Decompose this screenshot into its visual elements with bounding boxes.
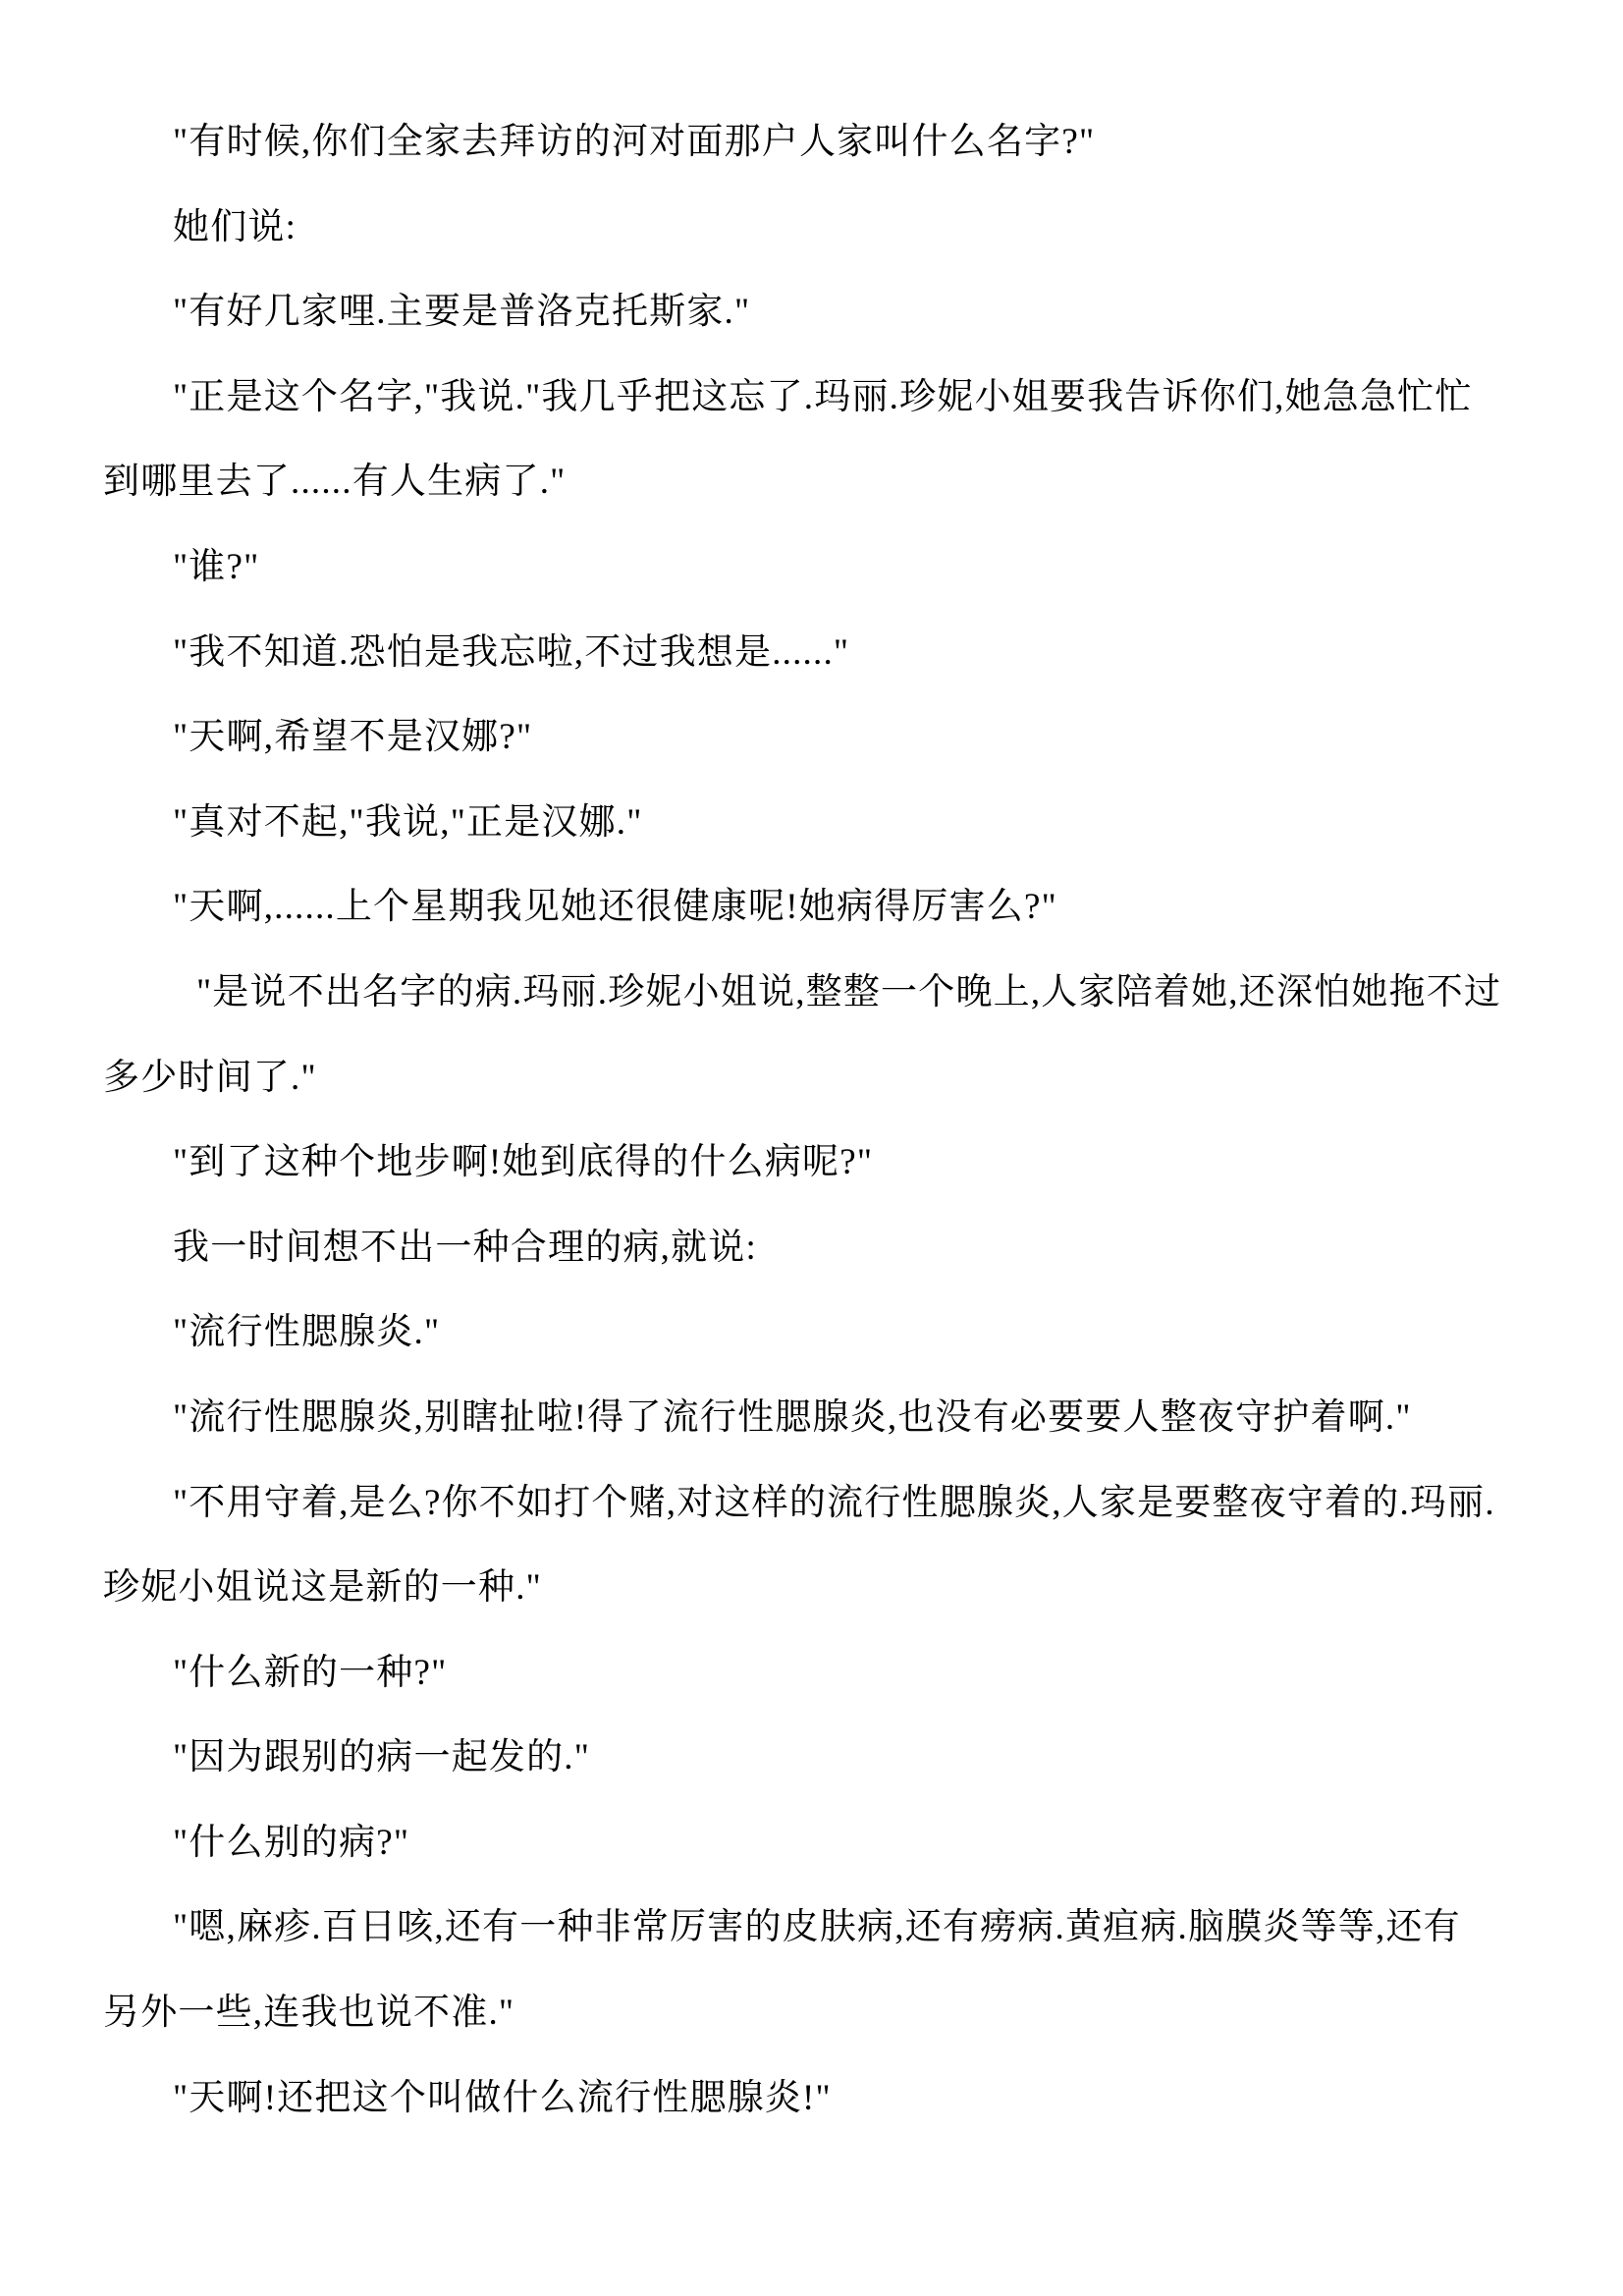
- document-page: "有时候,你们全家去拜访的河对面那户人家叫什么名字?" 她们说: "有好几家哩.…: [0, 0, 1623, 2296]
- text-line: "到了这种个地步啊!她到底得的什么病呢?": [103, 1121, 1521, 1206]
- text-line: 珍妮小姐说这是新的一种.": [103, 1546, 1521, 1631]
- text-line: "天啊!还把这个叫做什么流行性腮腺炎!": [103, 2056, 1521, 2142]
- text-line: 多少时间了.": [103, 1036, 1521, 1121]
- text-line: "因为跟别的病一起发的.": [103, 1716, 1521, 1801]
- text-line: "嗯,麻疹.百日咳,还有一种非常厉害的皮肤病,还有痨病.黄疸病.脑膜炎等等,还有: [103, 1886, 1521, 1971]
- text-line: "有时候,你们全家去拜访的河对面那户人家叫什么名字?": [103, 100, 1521, 186]
- text-line: "谁?": [103, 525, 1521, 611]
- text-line: "我不知道.恐怕是我忘啦,不过我想是......": [103, 611, 1521, 696]
- text-line: "有好几家哩.主要是普洛克托斯家.": [103, 270, 1521, 355]
- text-line: "流行性腮腺炎,别瞎扯啦!得了流行性腮腺炎,也没有必要要人整夜守护着啊.": [103, 1376, 1521, 1461]
- text-line: 我一时间想不出一种合理的病,就说:: [103, 1206, 1521, 1291]
- text-line: "什么别的病?": [103, 1801, 1521, 1886]
- text-line: "不用守着,是么?你不如打个赌,对这样的流行性腮腺炎,人家是要整夜守着的.玛丽.: [103, 1461, 1521, 1547]
- text-line: "什么新的一种?": [103, 1631, 1521, 1717]
- text-line: 她们说:: [103, 186, 1521, 271]
- text-line: 另外一些,连我也说不准.": [103, 1971, 1521, 2056]
- text-line: "是说不出名字的病.玛丽.珍妮小姐说,整整一个晚上,人家陪着她,还深怕她拖不过: [103, 951, 1521, 1036]
- text-line: "天啊,希望不是汉娜?": [103, 695, 1521, 781]
- text-line: "正是这个名字,"我说."我几乎把这忘了.玛丽.珍妮小姐要我告诉你们,她急急忙忙: [103, 355, 1521, 441]
- text-line: "流行性腮腺炎.": [103, 1290, 1521, 1376]
- text-line: "真对不起,"我说,"正是汉娜.": [103, 781, 1521, 866]
- text-line: "天啊,......上个星期我见她还很健康呢!她病得厉害么?": [103, 865, 1521, 951]
- text-line: 到哪里去了......有人生病了.": [103, 440, 1521, 525]
